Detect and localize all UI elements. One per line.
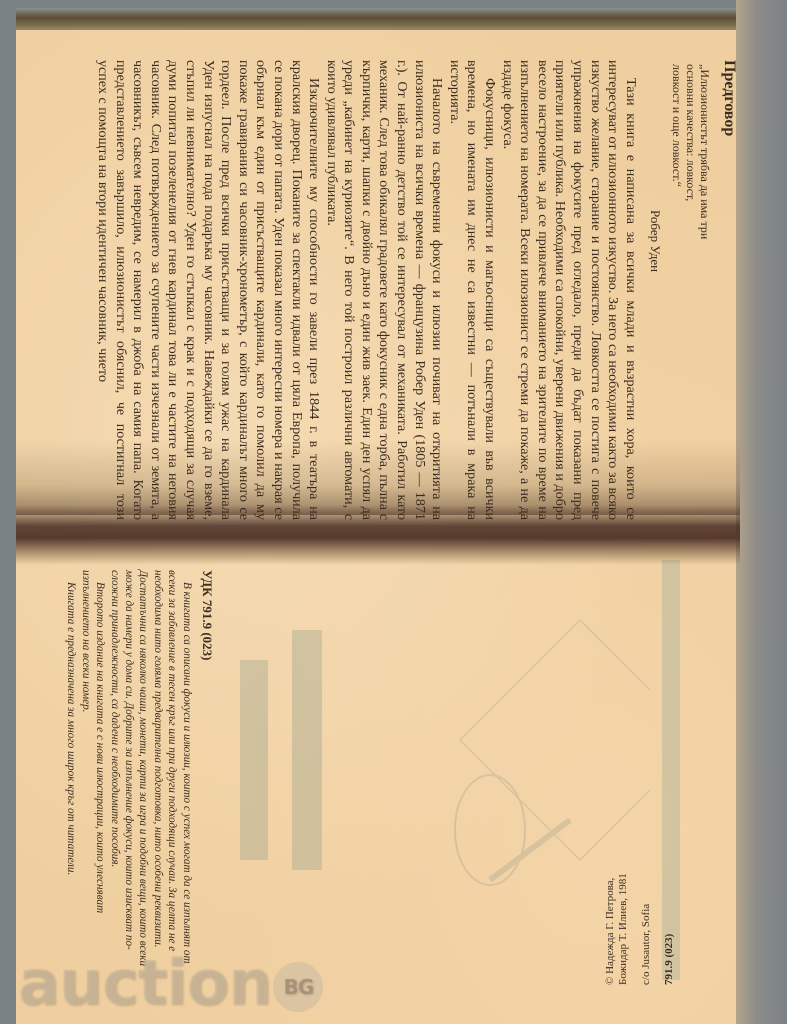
preface-paragraph: Тази книга е написана за всички млади и …	[498, 60, 639, 520]
epigraph-line: основни качества: ловкост,	[684, 64, 698, 520]
imprint-paragraph: В книгата са описани фокуси и илюзии, ко…	[107, 570, 193, 970]
preface-heading: Предговор	[720, 60, 738, 520]
preface-paragraph: Началото на съвременни фокуси и илюзии п…	[322, 60, 445, 520]
watermark-badge: BG	[273, 962, 323, 1012]
copyright-line: Божидар Т. Илиев, 1981	[617, 755, 630, 985]
watermark-text: auction	[18, 946, 271, 1019]
copyright-line: c/o Jusautor, Sofia	[640, 755, 653, 985]
udk-code: УДК 791.9 (023)	[200, 570, 214, 970]
copyright-line: © Надежда Г. Петрова,	[604, 755, 617, 985]
classification-code: 791.9 (023)	[663, 755, 676, 985]
auction-watermark: auctionBG	[18, 946, 323, 1019]
faint-cover-illustration	[230, 620, 340, 880]
epigraph-author: Робер Уден	[647, 210, 665, 520]
imprint-section: УДК 791.9 (023) В книгата са описани фок…	[64, 570, 214, 970]
preface-section: Предговор „Илюзионистът трябва да има тр…	[93, 60, 738, 520]
preface-paragraph: Фокусници, илюзионисти и магьосници са с…	[445, 60, 498, 520]
background-shadow	[736, 0, 787, 1024]
epigraph-line: ловкост и още ловкост.“	[670, 64, 684, 520]
copyright-block: © Надежда Г. Петрова, Божидар Т. Илиев, …	[604, 755, 676, 985]
preface-paragraph: Изключителните му способности го завели …	[93, 60, 322, 520]
imprint-paragraph: Второто издание на книгата е с нови илюс…	[78, 570, 107, 970]
imprint-paragraph: Книгата е предназначена за много широк к…	[64, 570, 78, 970]
book-page-edges	[16, 8, 736, 32]
epigraph: „Илюзионистът трябва да има три основни …	[670, 64, 712, 520]
epigraph-line: „Илюзионистът трябва да има три	[698, 64, 712, 520]
